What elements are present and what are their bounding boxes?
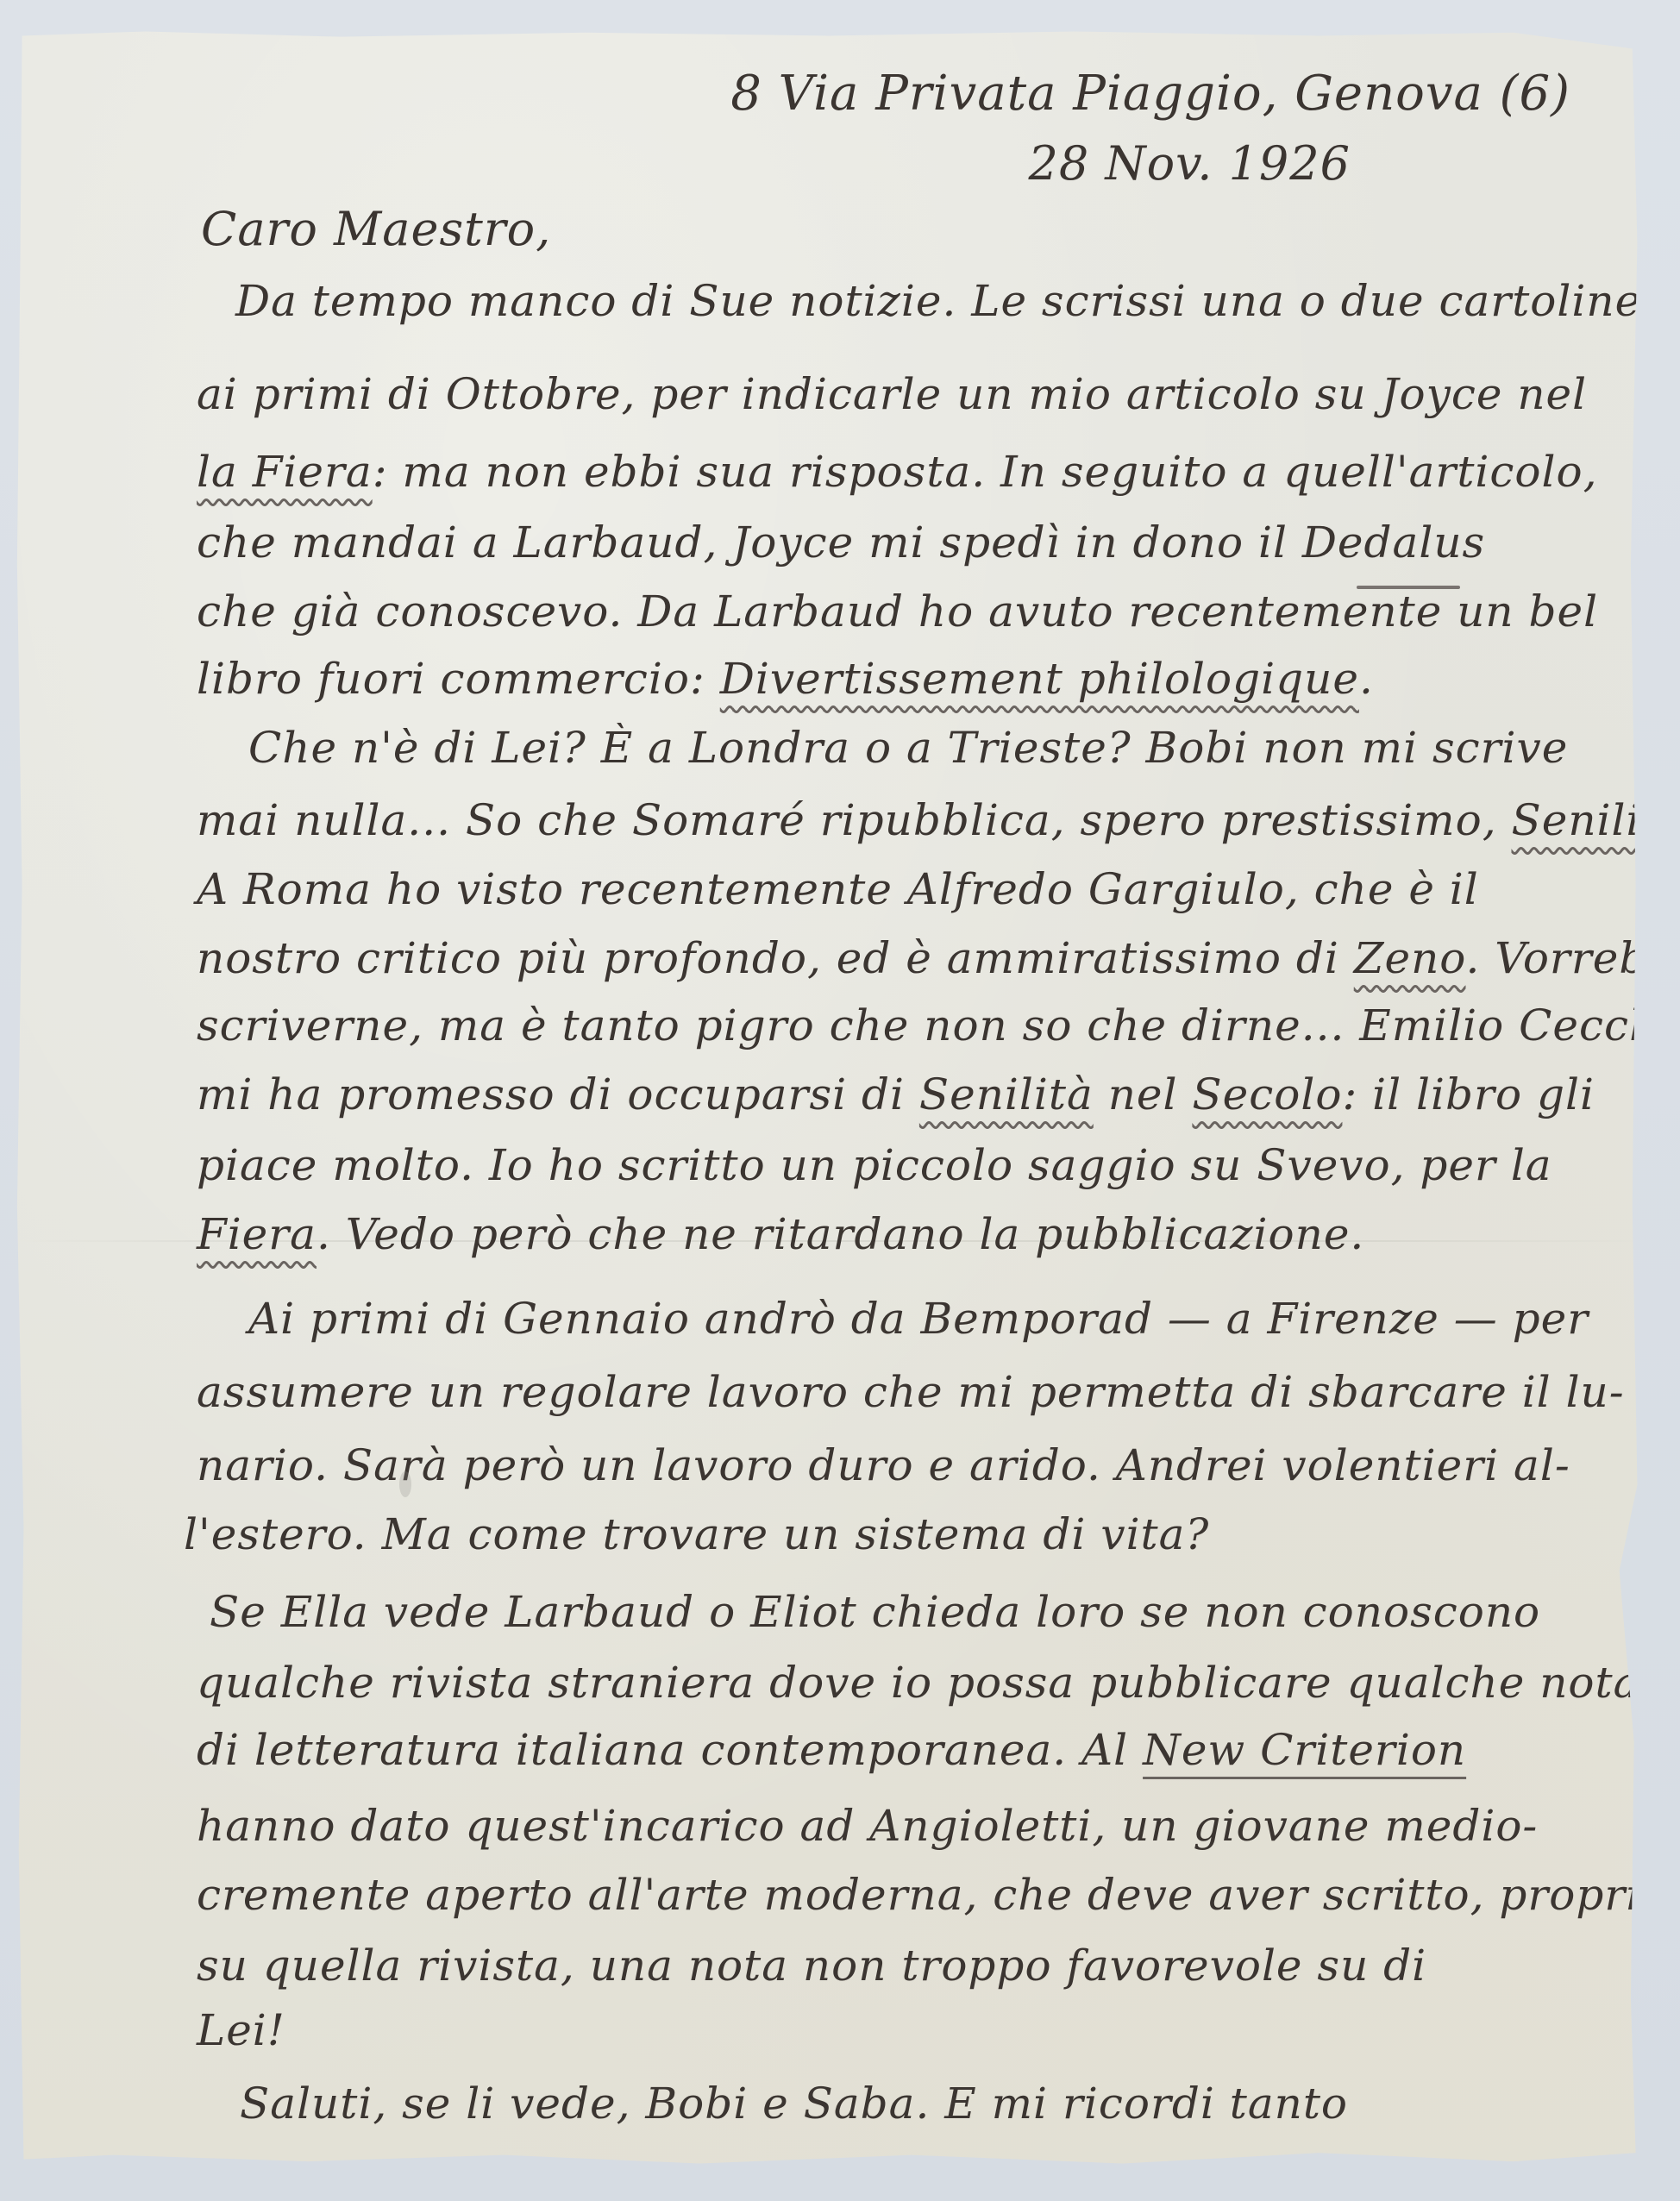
letter-line: ai primi di Ottobre, per indicarle un mi…	[197, 373, 1587, 416]
letter-body: Da tempo manco di Sue notizie. Le scriss…	[16, 29, 1644, 2170]
letter-line: Se Ella vede Larbaud o Eliot chieda loro…	[210, 1590, 1540, 1634]
letter-line: cremente aperto all'arte moderna, che de…	[197, 1873, 1667, 1916]
underlined-title: Divertissement philologique	[720, 654, 1359, 704]
underlined-title: la Fiera	[197, 447, 373, 497]
overline-mark	[1357, 586, 1460, 589]
letter-line: Ai primi di Gennaio andrò da Bemporad — …	[248, 1297, 1589, 1340]
underlined-title: Secolo	[1192, 1069, 1342, 1119]
letter-line: Fiera. Vedo però che ne ritardano la pub…	[197, 1213, 1364, 1256]
letter-line: Che n'è di Lei? È a Londra o a Trieste? …	[248, 726, 1568, 769]
letter-line: mai nulla... So che Somaré ripubblica, s…	[197, 799, 1680, 842]
underlined-title: Senilità	[919, 1069, 1094, 1119]
letter-line: che mandai a Larbaud, Joyce mi spedì in …	[197, 521, 1485, 564]
letter-line: piace molto. Io ho scritto un piccolo sa…	[197, 1144, 1552, 1187]
letter-line: hanno dato quest'incarico ad Angioletti,…	[197, 1804, 1538, 1847]
letter-line: scriverne, ma è tanto pigro che non so c…	[197, 1004, 1672, 1047]
letter-line: libro fuori commercio: Divertissement ph…	[197, 657, 1374, 700]
letter-line: la Fiera: ma non ebbi sua risposta. In s…	[197, 450, 1598, 493]
letter-line: Lei!	[197, 2009, 285, 2052]
ink-smudge	[399, 1471, 411, 1497]
underlined-title: New Criterion	[1143, 1725, 1466, 1775]
letter-line: A Roma ho visto recentemente Alfredo Gar…	[197, 868, 1479, 911]
underlined-title: Fiera	[197, 1209, 317, 1259]
letter-line: qualche rivista straniera dove io possa …	[197, 1661, 1639, 1704]
letter-line: di letteratura italiana contemporanea. A…	[197, 1728, 1466, 1771]
letter-line: assumere un regolare lavoro che mi perme…	[197, 1370, 1625, 1414]
letter-line: nostro critico più profondo, ed è ammira…	[197, 937, 1680, 980]
letter-line: su quella rivista, una nota non troppo f…	[197, 1944, 1426, 1987]
letter-line: che già conoscevo. Da Larbaud ho avuto r…	[197, 590, 1598, 633]
letter-line: l'estero. Ma come trovare un sistema di …	[184, 1513, 1209, 1556]
letter-page: 8 Via Privata Piaggio, Genova (6) 28 Nov…	[16, 29, 1644, 2170]
letter-line: Da tempo manco di Sue notizie. Le scriss…	[235, 279, 1641, 323]
underlined-title: Zeno	[1354, 933, 1466, 983]
letter-line: Saluti, se li vede, Bobi e Saba. E mi ri…	[240, 2082, 1348, 2125]
letter-line: mi ha promesso di occuparsi di Senilità …	[197, 1073, 1595, 1116]
